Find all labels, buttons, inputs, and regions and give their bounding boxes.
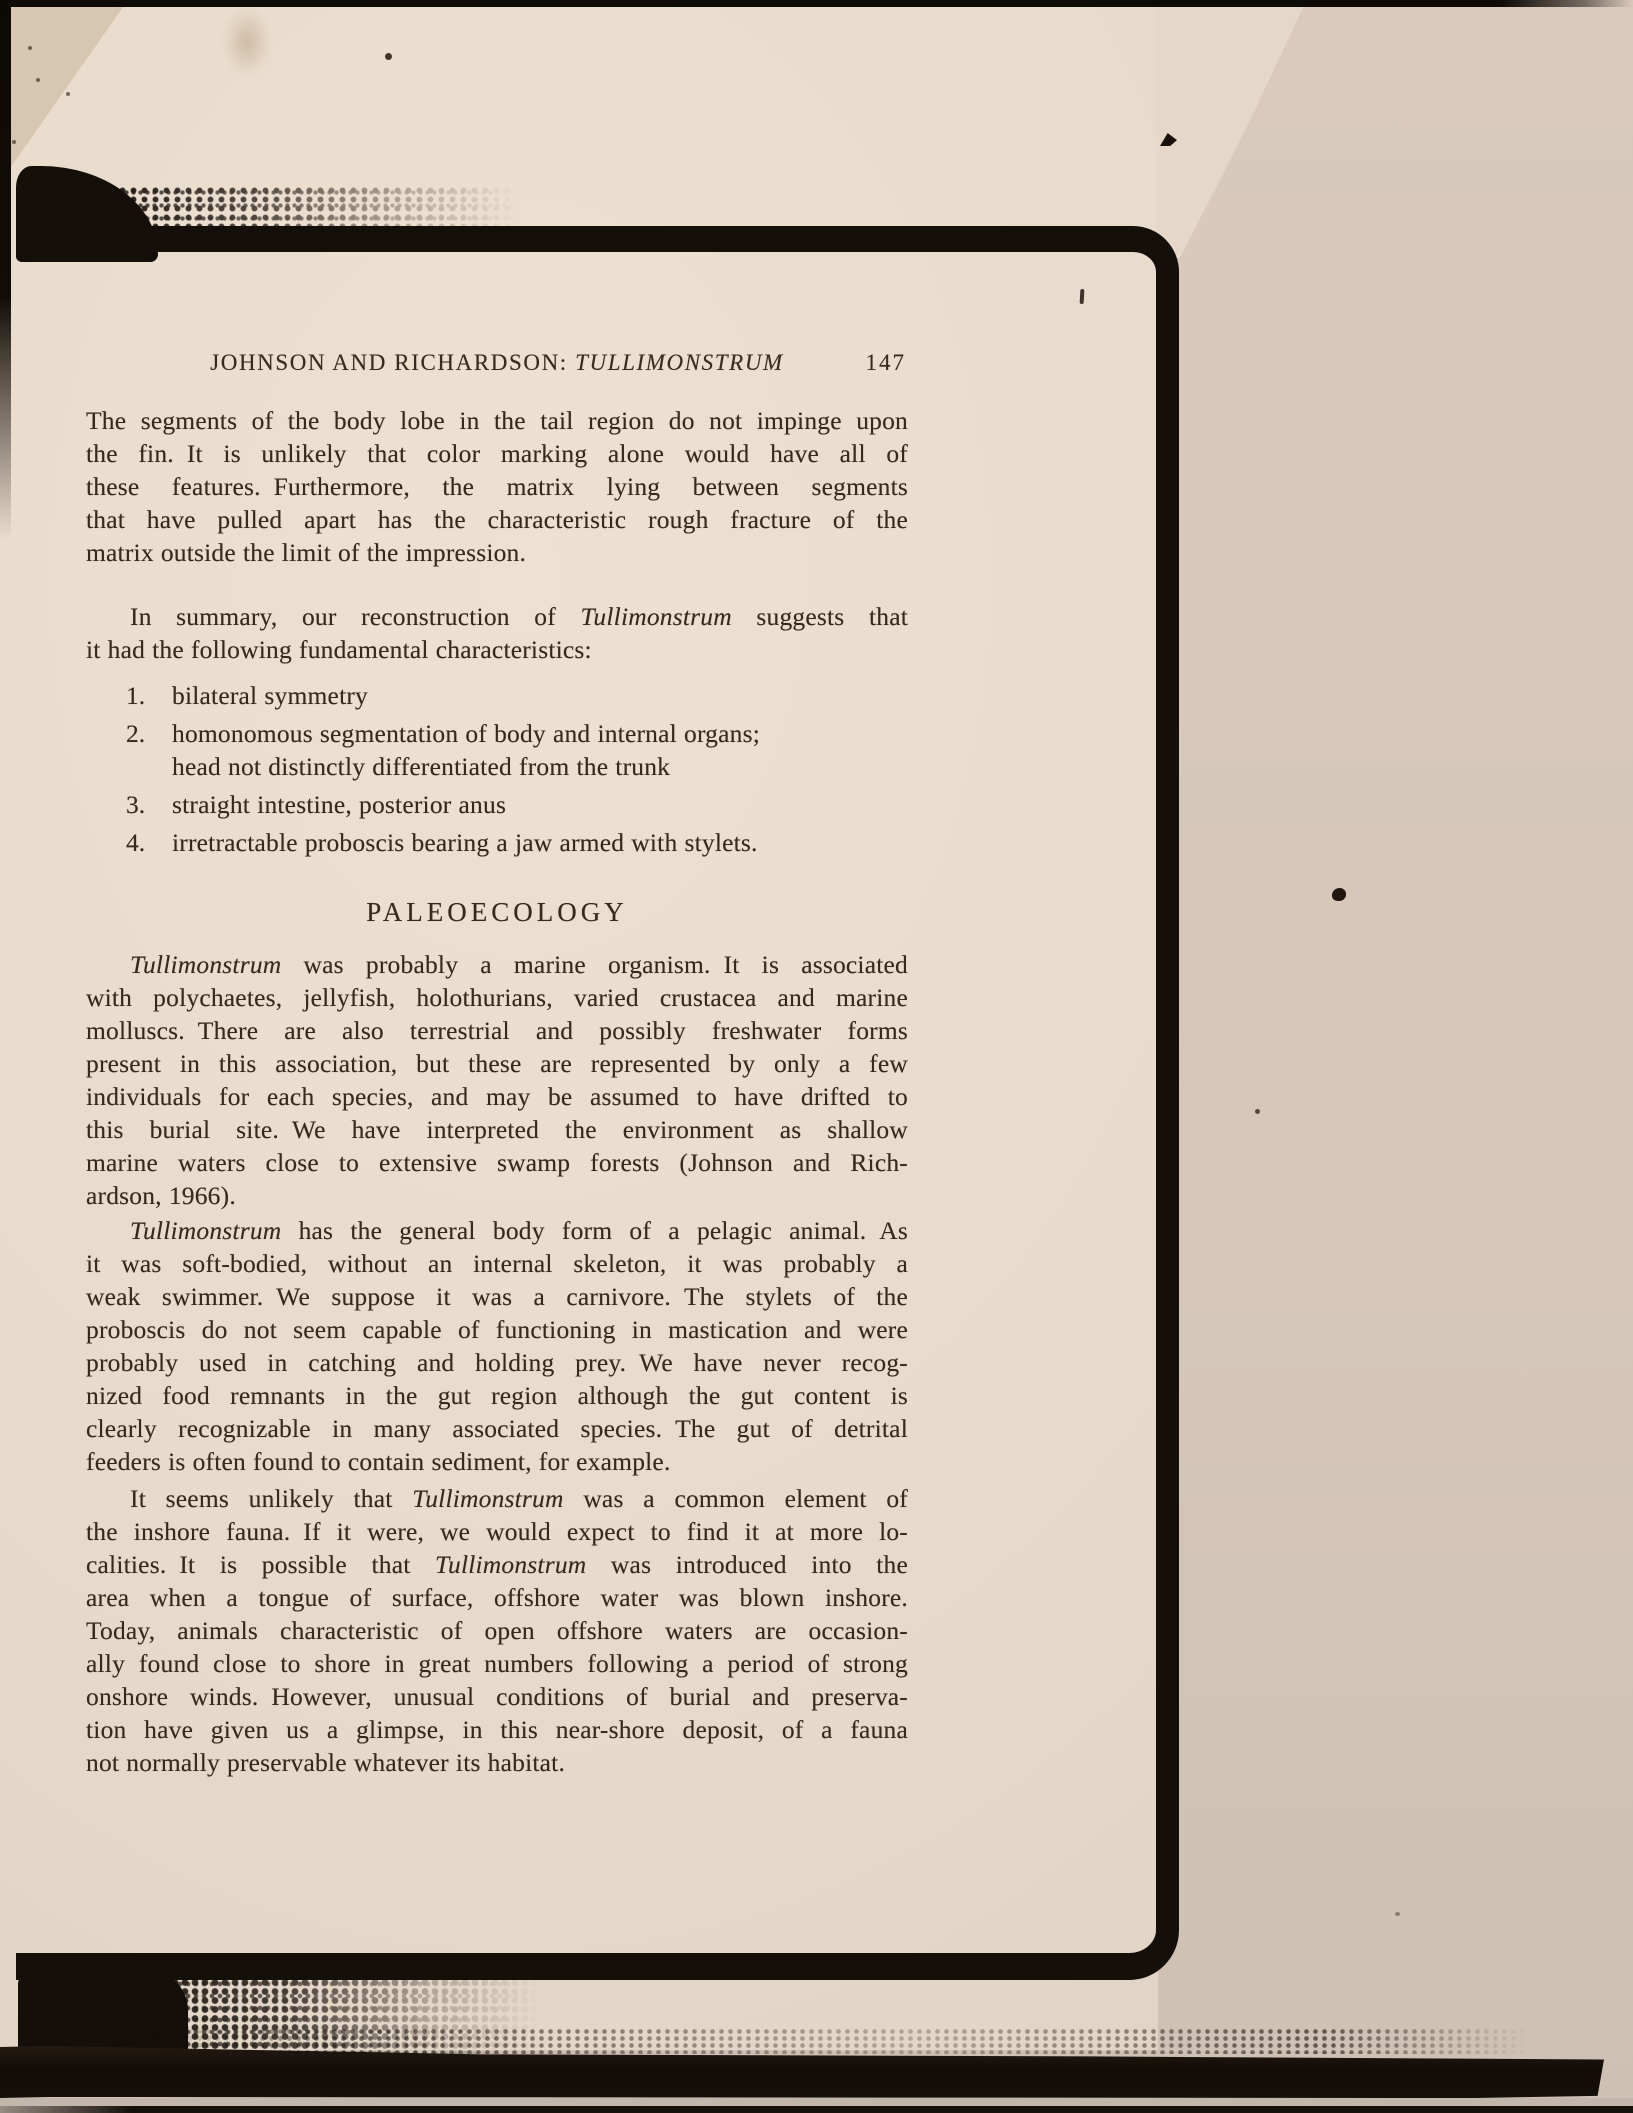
- paragraph: Tullimonstrum has the general body form …: [86, 1214, 908, 1478]
- list-item: 2.homonomous segmentation of body and in…: [86, 717, 908, 783]
- genus-name-italic: Tullimonstrum: [435, 1550, 586, 1579]
- text-line: homonomous segmentation of body and inte…: [172, 717, 908, 750]
- dust-speck: [1255, 1109, 1260, 1114]
- dust-speck: [1080, 289, 1085, 304]
- text-line: The segments of the body lobe in the tai…: [86, 404, 908, 437]
- dust-speck: [66, 92, 70, 96]
- dust-speck: [28, 46, 32, 50]
- text-line: marine waters close to extensive swamp f…: [86, 1146, 908, 1179]
- genus-name-italic: Tullimonstrum: [130, 1216, 281, 1245]
- text-line: feeders is often found to contain sedime…: [86, 1445, 908, 1478]
- text-line: molluscs. There are also terrestrial and…: [86, 1014, 908, 1047]
- text-line: nized food remnants in the gut region al…: [86, 1379, 908, 1412]
- text-line: bilateral symmetry: [172, 679, 908, 712]
- text-line: probably used in catching and holding pr…: [86, 1346, 908, 1379]
- genus-name-italic: Tullimonstrum: [130, 950, 281, 979]
- dust-speck: [1395, 1912, 1400, 1916]
- text-line: that have pulled apart has the character…: [86, 503, 908, 536]
- text-line: Tullimonstrum was probably a marine orga…: [86, 948, 908, 981]
- genus-name-italic: Tullimonstrum: [412, 1484, 563, 1513]
- text-line: it was soft-bodied, without an internal …: [86, 1247, 908, 1280]
- section-heading: PALEOECOLOGY: [86, 894, 908, 930]
- dust-speck: [12, 140, 16, 144]
- text-line: the inshore fauna. If it were, we would …: [86, 1515, 908, 1548]
- paragraph: In summary, our reconstruction of Tullim…: [86, 600, 908, 666]
- list-item-number: 2.: [126, 717, 145, 750]
- dust-speck: [1332, 888, 1346, 901]
- text-line: area when a tongue of surface, offshore …: [86, 1581, 908, 1614]
- text-line: irretractable proboscis bearing a jaw ar…: [172, 826, 908, 859]
- text-line: It seems unlikely that Tullimonstrum was…: [86, 1482, 908, 1515]
- text-line: matrix outside the limit of the impressi…: [86, 536, 908, 569]
- paragraph: Tullimonstrum was probably a marine orga…: [86, 948, 908, 1212]
- scan-left-edge: [0, 0, 11, 540]
- text-line: calities. It is possible that Tullimonst…: [86, 1548, 908, 1581]
- list-item-number: 1.: [126, 679, 145, 712]
- text-line: onshore winds. However, unusual conditio…: [86, 1680, 908, 1713]
- list-item: 3.straight intestine, posterior anus: [86, 788, 908, 821]
- paragraph: The segments of the body lobe in the tai…: [86, 404, 908, 569]
- text-line: present in this association, but these a…: [86, 1047, 908, 1080]
- text-line: not normally preservable whatever its ha…: [86, 1746, 908, 1779]
- text-line: weak swimmer. We suppose it was a carniv…: [86, 1280, 908, 1313]
- text-line: the fin. It is unlikely that color marki…: [86, 437, 908, 470]
- text-line: ally found close to shore in great numbe…: [86, 1647, 908, 1680]
- text-line: these features. Furthermore, the matrix …: [86, 470, 908, 503]
- text-line: individuals for each species, and may be…: [86, 1080, 908, 1113]
- paragraph: It seems unlikely that Tullimonstrum was…: [86, 1482, 908, 1779]
- scanned-document: { "scan": { "colors": { "paper": "#e8dbc…: [0, 0, 1633, 2113]
- text-line: tion have given us a glimpse, in this ne…: [86, 1713, 908, 1746]
- genus-name-italic: Tullimonstrum: [580, 602, 731, 631]
- text-line: Today, animals characteristic of open of…: [86, 1614, 908, 1647]
- article-body: The segments of the body lobe in the tai…: [86, 0, 908, 2113]
- dust-speck: [36, 78, 40, 82]
- page-top-right-edge: [1156, 6, 1304, 258]
- text-line: proboscis do not seem capable of functio…: [86, 1313, 908, 1346]
- list-item-number: 4.: [126, 826, 145, 859]
- text-line: ardson, 1966).: [86, 1179, 908, 1212]
- text-line: Tullimonstrum has the general body form …: [86, 1214, 908, 1247]
- text-line: clearly recognizable in many associated …: [86, 1412, 908, 1445]
- characteristics-list: 1.bilateral symmetry2.homonomous segment…: [86, 679, 908, 864]
- text-line: with polychaetes, jellyfish, holothurian…: [86, 981, 908, 1014]
- list-item: 1.bilateral symmetry: [86, 679, 908, 712]
- text-line: In summary, our reconstruction of Tullim…: [86, 600, 908, 633]
- text-line: straight intestine, posterior anus: [172, 788, 908, 821]
- text-line: it had the following fundamental charact…: [86, 633, 908, 666]
- text-line: head not distinctly differentiated from …: [172, 750, 908, 783]
- list-item-number: 3.: [126, 788, 145, 821]
- text-line: this burial site. We have interpreted th…: [86, 1113, 908, 1146]
- list-item: 4.irretractable proboscis bearing a jaw …: [86, 826, 908, 859]
